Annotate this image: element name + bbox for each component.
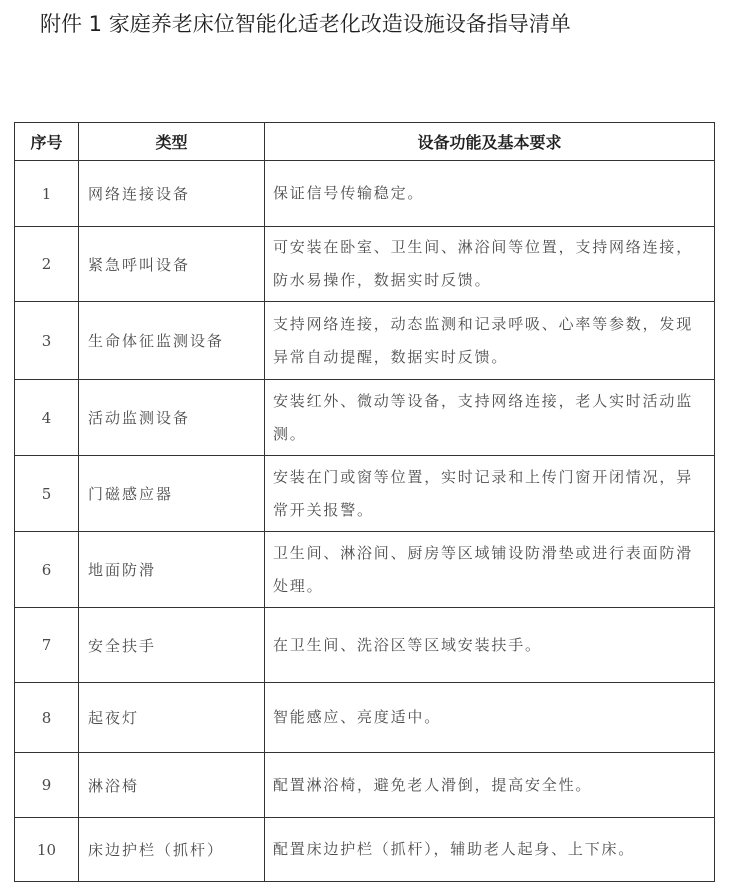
row-number: 6 bbox=[15, 532, 79, 608]
equipment-table: 序号 类型 设备功能及基本要求 1 网络连接设备 保证信号传输稳定。 2 紧急呼… bbox=[14, 122, 715, 882]
row-description: 支持网络连接，动态监测和记录呼吸、心率等参数，发现异常自动提醒，数据实时反馈。 bbox=[265, 302, 715, 380]
table-row: 7 安全扶手 在卫生间、洗浴区等区域安装扶手。 bbox=[15, 608, 715, 683]
row-number: 10 bbox=[15, 818, 79, 882]
header-type: 类型 bbox=[79, 123, 265, 161]
row-description: 配置淋浴椅，避免老人滑倒，提高安全性。 bbox=[265, 753, 715, 818]
row-number: 1 bbox=[15, 161, 79, 227]
row-number: 4 bbox=[15, 380, 79, 456]
row-type: 紧急呼叫设备 bbox=[79, 227, 265, 302]
table-row: 1 网络连接设备 保证信号传输稳定。 bbox=[15, 161, 715, 227]
row-number: 5 bbox=[15, 456, 79, 532]
table-row: 2 紧急呼叫设备 可安装在卧室、卫生间、淋浴间等位置，支持网络连接，防水易操作，… bbox=[15, 227, 715, 302]
header-description: 设备功能及基本要求 bbox=[265, 123, 715, 161]
table-row: 4 活动监测设备 安装红外、微动等设备，支持网络连接，老人实时活动监测。 bbox=[15, 380, 715, 456]
row-number: 8 bbox=[15, 683, 79, 753]
row-type: 安全扶手 bbox=[79, 608, 265, 683]
table-row: 5 门磁感应器 安装在门或窗等位置，实时记录和上传门窗开闭情况，异常开关报警。 bbox=[15, 456, 715, 532]
row-type: 活动监测设备 bbox=[79, 380, 265, 456]
row-type: 门磁感应器 bbox=[79, 456, 265, 532]
row-type: 生命体征监测设备 bbox=[79, 302, 265, 380]
table-row: 9 淋浴椅 配置淋浴椅，避免老人滑倒，提高安全性。 bbox=[15, 753, 715, 818]
row-description: 在卫生间、洗浴区等区域安装扶手。 bbox=[265, 608, 715, 683]
row-type: 地面防滑 bbox=[79, 532, 265, 608]
table-row: 8 起夜灯 智能感应、亮度适中。 bbox=[15, 683, 715, 753]
row-description: 智能感应、亮度适中。 bbox=[265, 683, 715, 753]
table-row: 3 生命体征监测设备 支持网络连接，动态监测和记录呼吸、心率等参数，发现异常自动… bbox=[15, 302, 715, 380]
row-description: 卫生间、淋浴间、厨房等区域铺设防滑垫或进行表面防滑处理。 bbox=[265, 532, 715, 608]
document-title: 附件 1 家庭养老床位智能化适老化改造设施设备指导清单 bbox=[40, 4, 700, 44]
row-number: 3 bbox=[15, 302, 79, 380]
row-number: 7 bbox=[15, 608, 79, 683]
row-number: 9 bbox=[15, 753, 79, 818]
row-number: 2 bbox=[15, 227, 79, 302]
table-row: 6 地面防滑 卫生间、淋浴间、厨房等区域铺设防滑垫或进行表面防滑处理。 bbox=[15, 532, 715, 608]
row-description: 安装在门或窗等位置，实时记录和上传门窗开闭情况，异常开关报警。 bbox=[265, 456, 715, 532]
row-type: 网络连接设备 bbox=[79, 161, 265, 227]
row-description: 保证信号传输稳定。 bbox=[265, 161, 715, 227]
row-type: 床边护栏（抓杆） bbox=[79, 818, 265, 882]
row-description: 可安装在卧室、卫生间、淋浴间等位置，支持网络连接，防水易操作，数据实时反馈。 bbox=[265, 227, 715, 302]
header-number: 序号 bbox=[15, 123, 79, 161]
row-description: 安装红外、微动等设备，支持网络连接，老人实时活动监测。 bbox=[265, 380, 715, 456]
row-type: 淋浴椅 bbox=[79, 753, 265, 818]
table-header-row: 序号 类型 设备功能及基本要求 bbox=[15, 123, 715, 161]
table-row: 10 床边护栏（抓杆） 配置床边护栏（抓杆），辅助老人起身、上下床。 bbox=[15, 818, 715, 882]
row-type: 起夜灯 bbox=[79, 683, 265, 753]
row-description: 配置床边护栏（抓杆），辅助老人起身、上下床。 bbox=[265, 818, 715, 882]
